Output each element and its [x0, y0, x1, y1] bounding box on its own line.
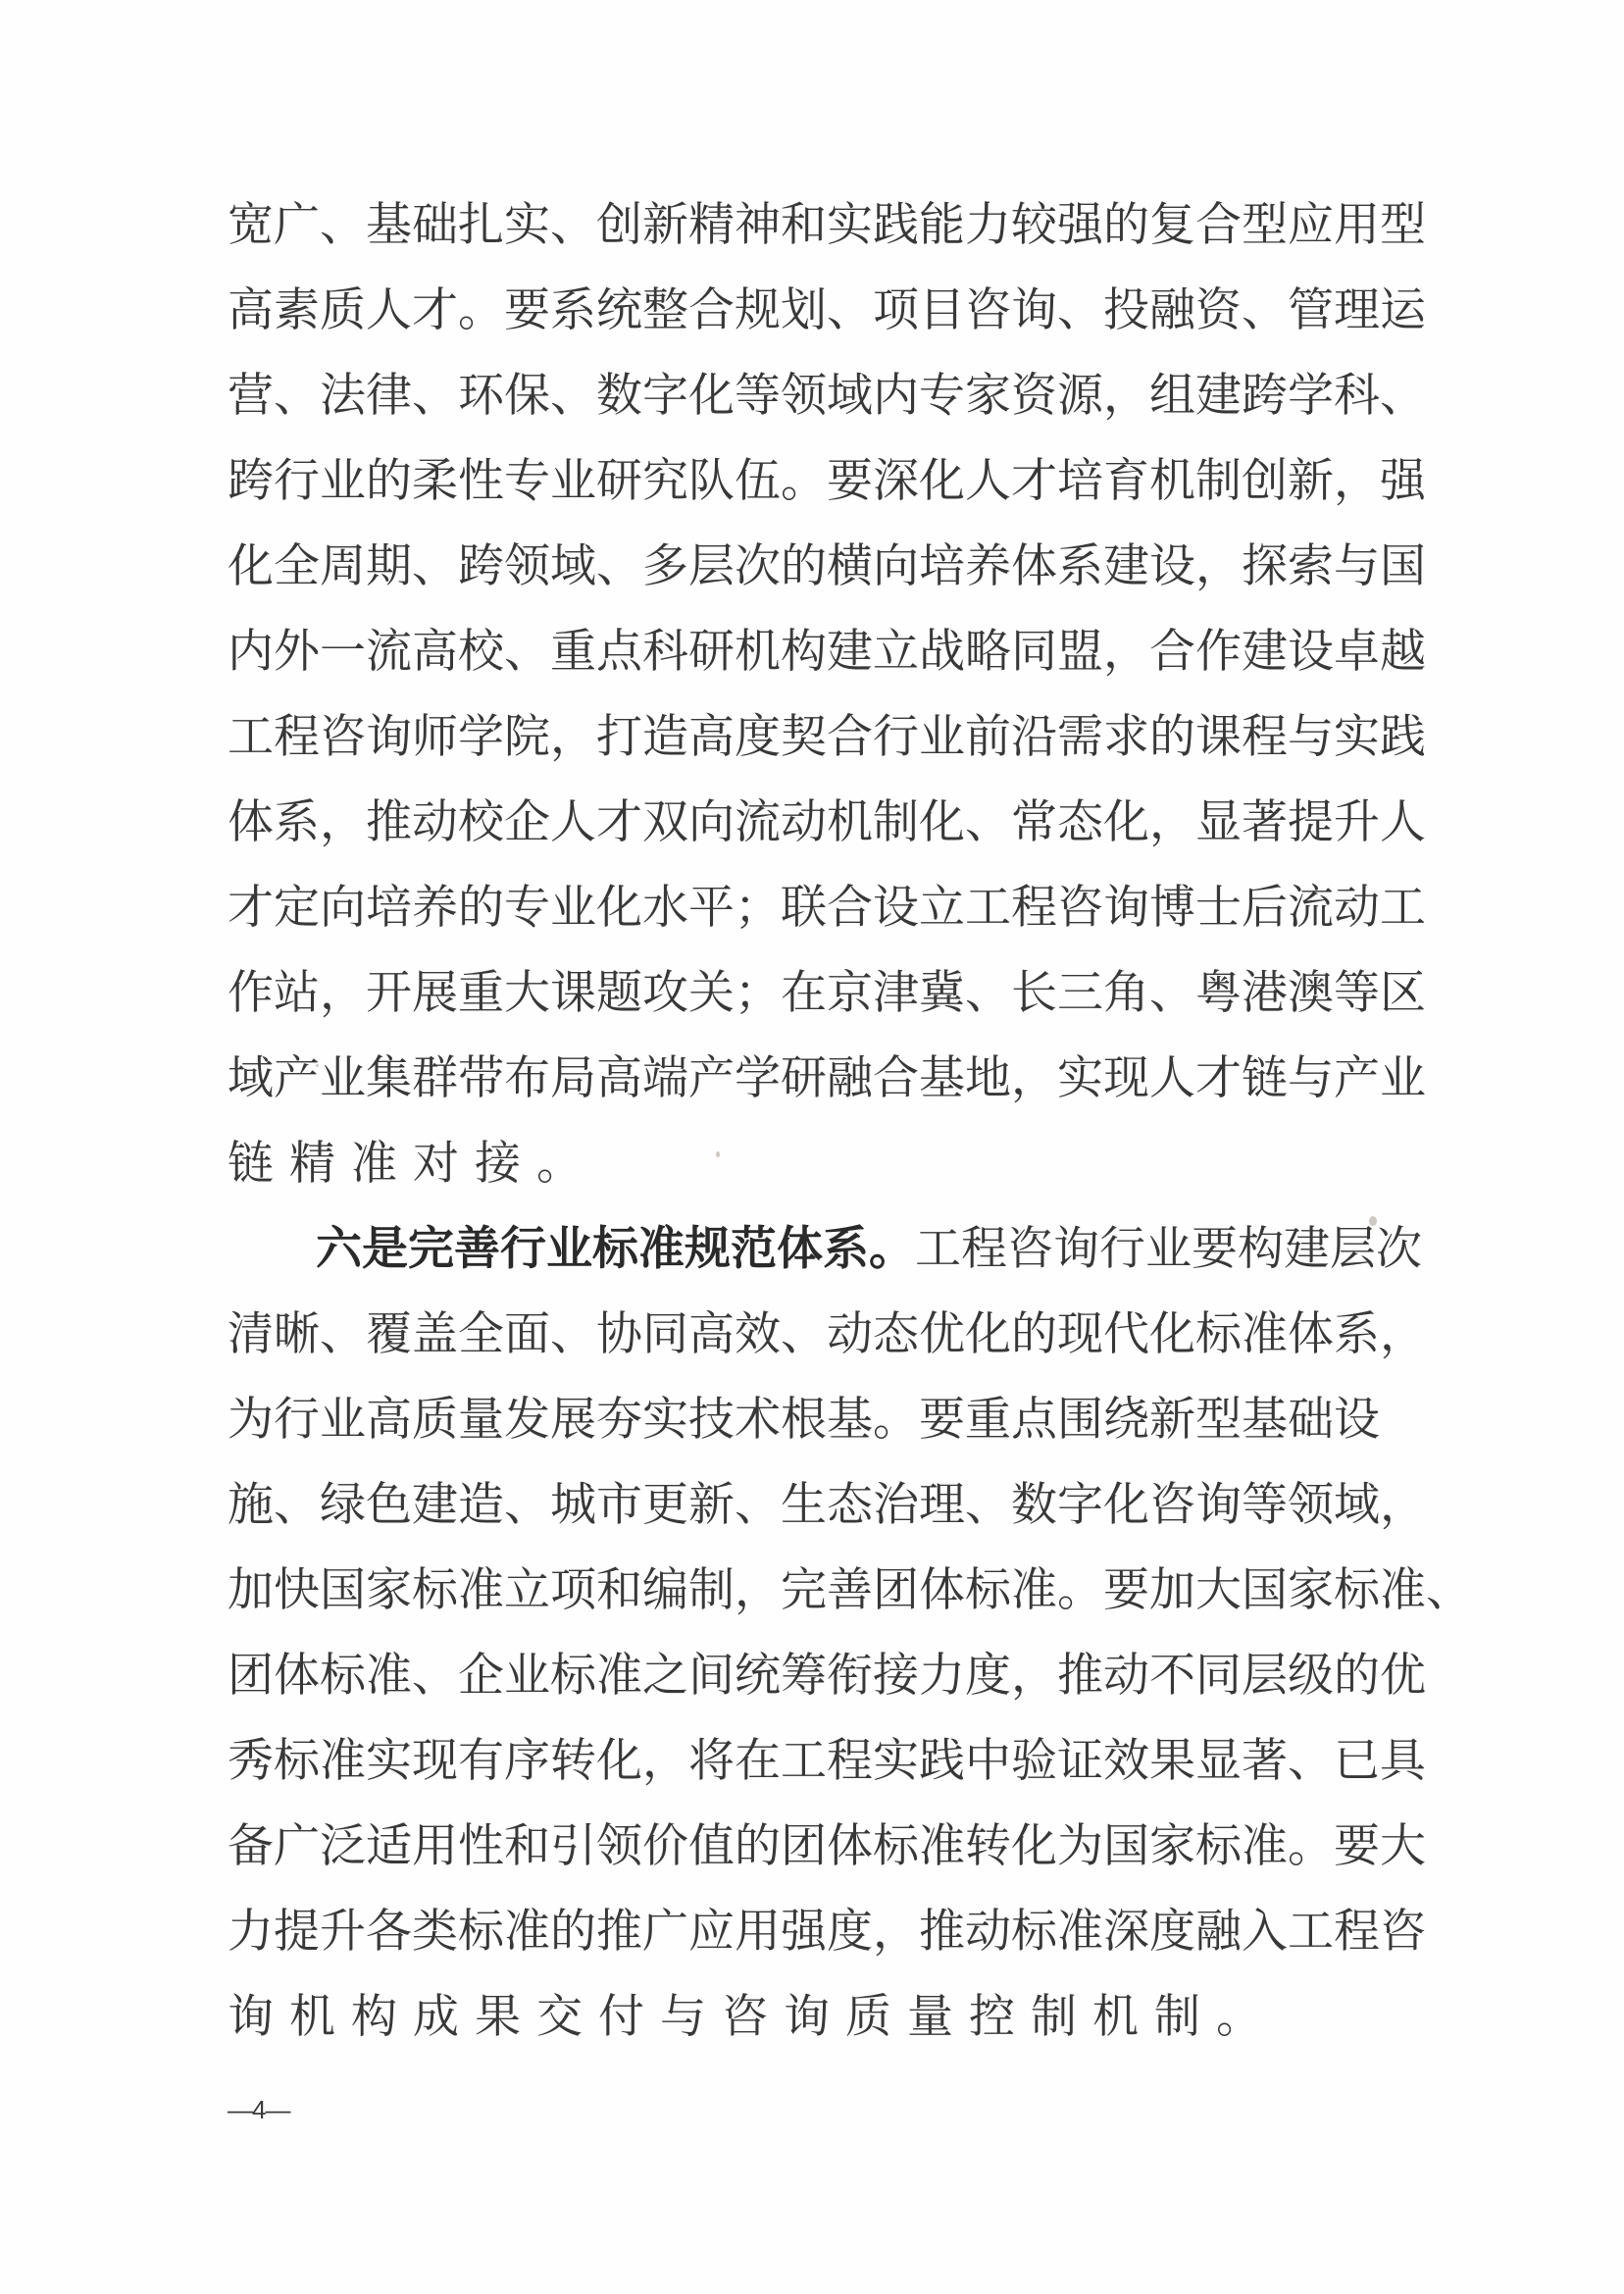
text-span: 工程咨询行业要构建层次 — [915, 1222, 1422, 1276]
text-line: 内外一流高校、重点科研机构建立战略同盟，合作建设卓越 — [228, 623, 1355, 682]
scan-speck — [1369, 1216, 1377, 1226]
text-line: 工程咨询师学院，打造高度契合行业前沿需求的课程与实践 — [228, 708, 1355, 767]
text-line: 清晰、覆盖全面、协同高效、动态优化的现代化标准体系， — [228, 1305, 1355, 1364]
text-line: 为行业高质量发展夯实技术根基。要重点围绕新型基础设 — [228, 1391, 1355, 1450]
text-line: 跨行业的柔性专业研究队伍。要深化人才培育机制创新，强 — [228, 452, 1355, 511]
text-line: 备广泛适用性和引领价值的团体标准转化为国家标准。要大 — [228, 1817, 1355, 1876]
text-line: 秀标准实现有序转化，将在工程实践中验证效果显著、已具 — [228, 1732, 1355, 1791]
text-line: 宽广、基础扎实、创新精神和实践能力较强的复合型应用型 — [228, 196, 1355, 255]
text-line: 询机构成果交付与咨询质量控制机制。 — [228, 1988, 1355, 2047]
text-line: 力提升各类标准的推广应用强度，推动标准深度融入工程咨 — [228, 1903, 1355, 1962]
section-heading: 六是完善行业标准规范体系。 — [316, 1222, 915, 1276]
text-line: 链精准对接。 — [228, 1135, 1355, 1194]
text-line: 高素质人才。要系统整合规划、项目咨询、投融资、管理运 — [228, 281, 1355, 340]
text-line: 团体标准、企业标准之间统筹衔接力度，推动不同层级的优 — [228, 1647, 1355, 1706]
document-page: 宽广、基础扎实、创新精神和实践能力较强的复合型应用型 高素质人才。要系统整合规划… — [0, 0, 1624, 2294]
scan-speck — [716, 1151, 720, 1157]
page-number: —4— — [228, 2092, 289, 2127]
text-line: 才定向培养的专业化水平；联合设立工程咨询博士后流动工 — [228, 879, 1355, 938]
text-line: 施、绿色建造、城市更新、生态治理、数字化咨询等领域， — [228, 1476, 1355, 1535]
text-line: 加快国家标准立项和编制，完善团体标准。要加大国家标准、 — [228, 1561, 1355, 1620]
text-line: 营、法律、环保、数字化等领域内专家资源，组建跨学科、 — [228, 367, 1355, 426]
text-line: 作站，开展重大课题攻关；在京津冀、长三角、粤港澳等区 — [228, 964, 1355, 1023]
scan-speck — [316, 1064, 319, 1067]
text-line: 体系，推动校企人才双向流动机制化、常态化，显著提升人 — [228, 793, 1355, 852]
text-line: 化全周期、跨领域、多层次的横向培养体系建设，探索与国 — [228, 537, 1355, 596]
text-line: 域产业集群带布局高端产学研融合基地，实现人才链与产业 — [228, 1049, 1355, 1108]
paragraph-first-line: 六是完善行业标准规范体系。工程咨询行业要构建层次 — [316, 1220, 1355, 1279]
